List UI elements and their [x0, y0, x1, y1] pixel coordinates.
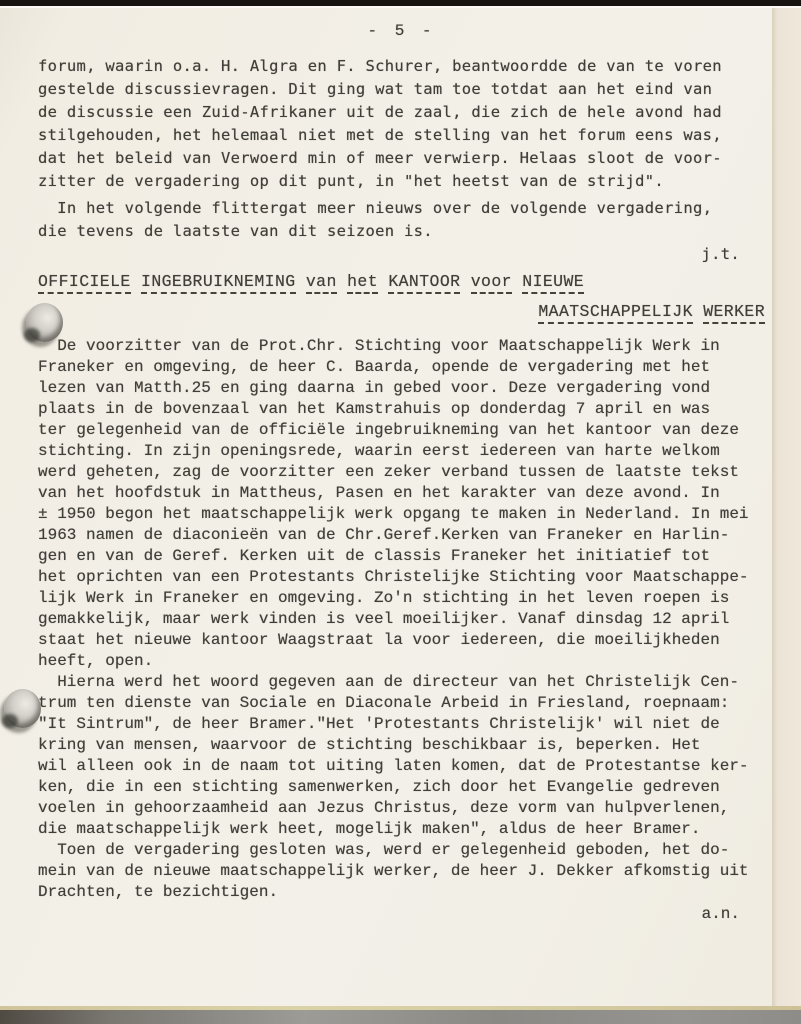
scan-bottom-edge [0, 1010, 801, 1024]
paragraph: De voorzitter van de Prot.Chr. Stichting… [38, 336, 765, 672]
article-heading-line1: OFFICIELE INGEBRUIKNEMING van het KANTOO… [38, 267, 765, 297]
paragraph: forum, waarin o.a. H. Algra en F. Schure… [38, 55, 765, 193]
article-kantoor-ingebruikneming: OFFICIELE INGEBRUIKNEMING van het KANTOO… [38, 267, 765, 925]
scan-top-edge [0, 0, 801, 8]
paragraph: In het volgende flittergat meer nieuws o… [38, 197, 765, 243]
article-forum-report: forum, waarin o.a. H. Algra en F. Schure… [38, 55, 765, 265]
signature-initials: j.t. [38, 243, 765, 265]
signature-initials: a.n. [38, 903, 765, 925]
article-heading-line2: MAATSCHAPPELIJK WERKER [38, 297, 765, 327]
scanned-document-page: - 5 - forum, waarin o.a. H. Algra en F. … [0, 0, 801, 1024]
paragraph: Toen de vergadering gesloten was, werd e… [38, 840, 765, 903]
page-right-edge [772, 8, 801, 1006]
paragraph: Hierna werd het woord gegeven aan de dir… [38, 672, 765, 840]
punch-hole-bottom [4, 689, 41, 728]
page-content: - 5 - forum, waarin o.a. H. Algra en F. … [38, 20, 765, 925]
page-number: - 5 - [38, 20, 765, 43]
punch-hole-top [26, 303, 63, 342]
